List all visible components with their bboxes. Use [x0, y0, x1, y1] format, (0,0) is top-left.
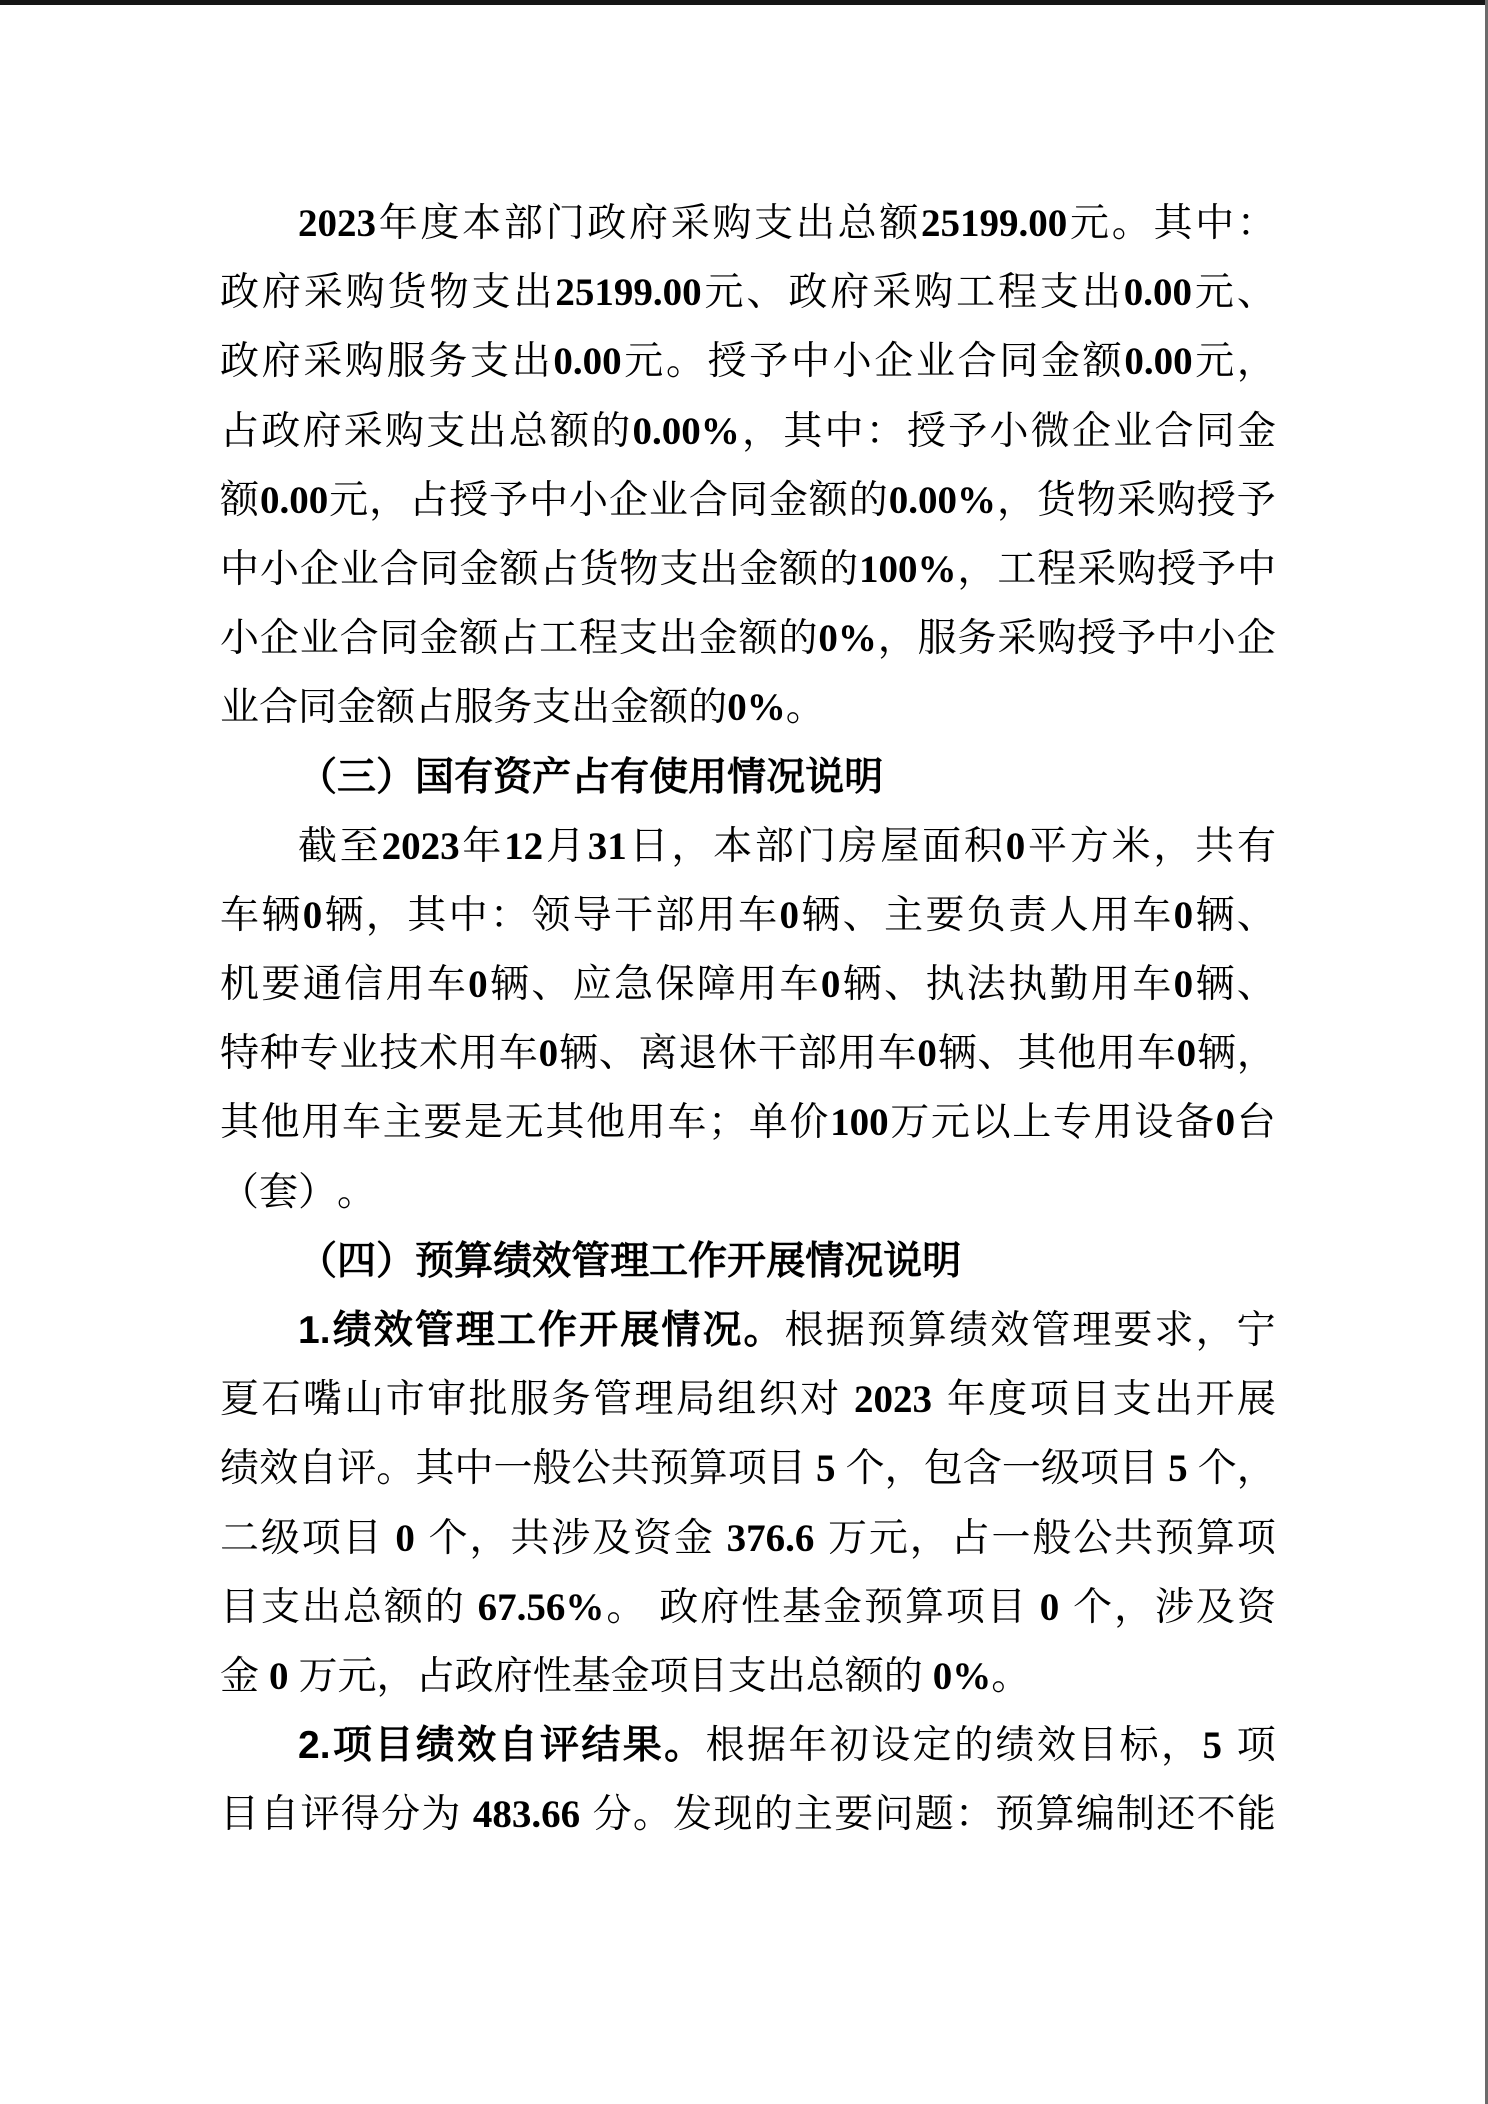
- cjk-token: 标: [1120, 1711, 1159, 1780]
- cjk-token: 应: [573, 950, 612, 1019]
- cjk-token: 项: [302, 1504, 341, 1573]
- cjk-token: 授: [1077, 604, 1116, 673]
- cjk-token: 购: [345, 327, 384, 396]
- cjk-token: 用: [1091, 881, 1130, 950]
- cjk-token: 算: [454, 1227, 493, 1296]
- cjk-token: 金: [460, 535, 499, 604]
- cjk-token: 万: [890, 1088, 929, 1157]
- cjk-token: 套: [259, 1158, 298, 1227]
- cjk-token: 明: [922, 1227, 961, 1296]
- cjk-token: 中: [1195, 189, 1234, 258]
- cjk-token: 上: [1012, 1088, 1051, 1157]
- cjk-token: 月: [546, 812, 585, 881]
- cjk-token: 购: [712, 189, 751, 258]
- cjk-token: 求: [1154, 1296, 1193, 1365]
- cjk-token: 业: [1113, 397, 1152, 466]
- cjk-token: 果: [623, 1711, 662, 1780]
- cjk-token: 分: [381, 1780, 420, 1849]
- cjk-token: 额: [779, 535, 818, 604]
- cjk-token: 总: [838, 189, 877, 258]
- number-token: 12: [504, 812, 543, 881]
- cjk-token: 项: [650, 1642, 689, 1711]
- cjk-token: 部: [798, 1019, 837, 1088]
- cjk-token: 通: [303, 950, 342, 1019]
- cjk-token: 政: [261, 397, 300, 466]
- cjk-token: ，: [377, 1642, 416, 1711]
- cjk-token: 情: [727, 743, 766, 812]
- cjk-token: 题: [915, 1780, 954, 1849]
- cjk-token: 。: [664, 1711, 703, 1780]
- cjk-token: ；: [708, 1088, 747, 1157]
- cjk-token: 部: [655, 881, 694, 950]
- number-token: 0: [1177, 1019, 1197, 1088]
- cjk-token: 金: [337, 673, 376, 742]
- cjk-token: 额: [809, 466, 848, 535]
- cjk-token: 、: [746, 258, 785, 327]
- cjk-token: 日: [630, 812, 669, 881]
- heading-state-assets: （三）国有资产占有使用情况说明: [220, 743, 1276, 812]
- number-token: 0.00: [553, 327, 621, 396]
- cjk-token: 算: [1036, 1780, 1075, 1849]
- cjk-token: 目: [343, 1504, 382, 1573]
- cjk-token: 中: [791, 327, 830, 396]
- cjk-token: 同: [729, 466, 768, 535]
- number-token: 0: [780, 881, 800, 950]
- cjk-token: 出: [512, 327, 551, 396]
- cjk-token: 、: [599, 1019, 638, 1088]
- number-token: 0.00: [1124, 327, 1192, 396]
- cjk-token: 业: [649, 466, 688, 535]
- cjk-token: ，: [878, 604, 917, 673]
- cjk-token: 法: [967, 950, 1006, 1019]
- cjk-token: 金: [611, 1642, 650, 1711]
- cjk-token: 采: [344, 397, 383, 466]
- number-token: 0: [1174, 950, 1194, 1019]
- cjk-token: 领: [531, 881, 570, 950]
- cjk-token: 一: [992, 1504, 1031, 1573]
- cjk-token: 门: [546, 189, 585, 258]
- number-token: 0%: [818, 604, 877, 673]
- cjk-token: ，: [1237, 1434, 1276, 1503]
- cjk-token: 项: [946, 1573, 985, 1642]
- cjk-token: 辆: [325, 881, 364, 950]
- cjk-token: 理: [610, 1227, 649, 1296]
- cjk-token: 货: [579, 535, 618, 604]
- cjk-token: 支: [728, 1642, 767, 1711]
- cjk-token: 、: [1237, 950, 1276, 1019]
- cjk-token: 支: [659, 535, 698, 604]
- cjk-token: 金: [610, 673, 649, 742]
- cjk-token: 况: [702, 1296, 741, 1365]
- cjk-token: 总: [806, 1642, 845, 1711]
- document-body: 2023年度本部门政府采购支出总额25199.00元。其中：政府采购货物支出25…: [220, 189, 1276, 1850]
- cjk-token: 要: [925, 881, 964, 950]
- cjk-token: 性: [533, 1642, 572, 1711]
- cjk-token: 年: [947, 1365, 986, 1434]
- cjk-token: 定: [913, 1711, 952, 1780]
- cjk-token: 企: [609, 466, 648, 535]
- cjk-token: 他: [586, 1088, 625, 1157]
- cjk-token: 元: [1070, 189, 1109, 258]
- cjk-token: 要: [261, 950, 300, 1019]
- cjk-token: 的: [778, 604, 817, 673]
- cjk-token: 结: [581, 1711, 620, 1780]
- cjk-token: 同: [298, 673, 337, 742]
- cjk-token: 出: [659, 604, 698, 673]
- cjk-token: 总: [509, 397, 548, 466]
- cjk-token: 出: [1154, 1365, 1193, 1434]
- cjk-token: ：: [955, 1780, 994, 1849]
- cjk-token: 程: [579, 604, 618, 673]
- cjk-token: 目: [767, 1434, 806, 1503]
- cjk-token: 合: [689, 466, 728, 535]
- cjk-token: 目: [987, 1573, 1026, 1642]
- number-token: 100: [830, 1088, 889, 1157]
- cjk-token: 金: [674, 1504, 713, 1573]
- cjk-token: 额: [845, 1642, 884, 1711]
- cjk-token: 个: [846, 1434, 885, 1503]
- cjk-token: 绩: [416, 1711, 455, 1780]
- cjk-token: 服: [387, 327, 426, 396]
- cjk-token: 用: [1094, 1088, 1133, 1157]
- cjk-token: 情: [661, 1296, 700, 1365]
- cjk-token: 目: [1119, 1434, 1158, 1503]
- cjk-token: 用: [1097, 1019, 1136, 1088]
- cjk-token: 中: [824, 397, 863, 466]
- cjk-token: 说: [805, 743, 844, 812]
- cjk-token: 企: [1072, 397, 1111, 466]
- cjk-token: 年: [379, 189, 418, 258]
- cjk-token: 开: [579, 1296, 618, 1365]
- cjk-token: 绩: [949, 1296, 988, 1365]
- cjk-token: 采: [1077, 535, 1116, 604]
- cjk-token: 执: [925, 950, 964, 1019]
- cjk-token: 设: [1134, 1088, 1173, 1157]
- number-token: 25199.00: [921, 189, 1067, 258]
- cjk-token: ）: [298, 1158, 337, 1227]
- cjk-token: 无: [505, 1088, 544, 1157]
- cjk-token: 占: [415, 673, 454, 742]
- cjk-token: 予: [489, 466, 528, 535]
- cjk-token: 同: [999, 327, 1038, 396]
- cjk-token: 购: [1157, 466, 1196, 535]
- cjk-token: 中: [1157, 604, 1196, 673]
- cjk-token: 急: [614, 950, 653, 1019]
- cjk-token: 管: [571, 1227, 610, 1296]
- cjk-token: 辆: [261, 881, 300, 950]
- cjk-token: 截: [298, 812, 337, 881]
- cjk-token: 总: [343, 1573, 382, 1642]
- cjk-token: 金: [699, 604, 738, 673]
- cjk-token: 评: [301, 1780, 340, 1849]
- number-token: 0: [468, 950, 488, 1019]
- cjk-token: 用: [1091, 950, 1130, 1019]
- cjk-token: 绩: [493, 1227, 532, 1296]
- cjk-token: 能: [1237, 1780, 1276, 1849]
- cjk-token: 效: [990, 1296, 1029, 1365]
- cjk-token: 府: [262, 258, 301, 327]
- cjk-token: 府: [629, 189, 668, 258]
- cjk-token: 金: [823, 1573, 862, 1642]
- cjk-token: 信: [344, 950, 383, 1019]
- cjk-token: 般: [1032, 1504, 1071, 1573]
- number-token: 0: [395, 1504, 415, 1573]
- cjk-token: 展: [766, 1227, 805, 1296]
- cjk-token: 不: [1197, 1780, 1236, 1849]
- cjk-token: 石: [261, 1365, 300, 1434]
- cjk-token: 展: [1237, 1365, 1276, 1434]
- cjk-token: 同: [1196, 397, 1235, 466]
- cjk-token: 算: [1196, 1504, 1235, 1573]
- cjk-token: 合: [1154, 397, 1193, 466]
- cjk-token: 。: [606, 1573, 645, 1642]
- cjk-token: 务: [428, 327, 467, 396]
- cjk-token: 出: [699, 535, 738, 604]
- cjk-token: 元: [338, 1642, 377, 1711]
- cjk-token: 采: [1117, 466, 1156, 535]
- cjk-token: 小: [220, 604, 259, 673]
- cjk-token: 机: [220, 950, 259, 1019]
- cjk-token: 目: [689, 1642, 728, 1711]
- cjk-token: 审: [427, 1365, 466, 1434]
- cjk-token: 项: [1237, 1504, 1276, 1573]
- number-token: 2023: [298, 189, 376, 258]
- cjk-token: 评: [540, 1711, 579, 1780]
- cjk-token: ，: [671, 812, 710, 881]
- number-token: 0.00%: [889, 466, 996, 535]
- cjk-token: 予: [749, 327, 788, 396]
- cjk-token: 额: [649, 673, 688, 742]
- cjk-token: （: [298, 1227, 337, 1296]
- cjk-token: 至: [340, 812, 379, 881]
- cjk-token: 金: [1237, 397, 1276, 466]
- cjk-token: 效: [532, 1227, 571, 1296]
- cjk-token: 共: [611, 1434, 650, 1503]
- cjk-token: 元: [329, 466, 368, 535]
- number-token: 100%: [859, 535, 957, 604]
- cjk-token: ，: [1237, 327, 1276, 396]
- cjk-token: 工: [997, 535, 1036, 604]
- heading-performance: （四）预算绩效管理工作开展情况说明: [220, 1227, 1276, 1296]
- cjk-token: 开: [1195, 1365, 1234, 1434]
- cjk-token: 合: [259, 673, 298, 742]
- cjk-token: 工: [956, 258, 995, 327]
- cjk-token: 的: [754, 1780, 793, 1849]
- cjk-token: 额: [550, 397, 589, 466]
- cjk-token: 工: [649, 1227, 688, 1296]
- cjk-token: 府: [262, 327, 301, 396]
- cjk-token: 方: [1070, 812, 1109, 881]
- cjk-token: 。: [744, 1296, 783, 1365]
- cjk-token: 的: [849, 466, 888, 535]
- cjk-token: 部: [755, 812, 794, 881]
- cjk-token: 况: [766, 743, 805, 812]
- cjk-token: 授: [449, 466, 488, 535]
- cjk-token: 辆: [1195, 950, 1234, 1019]
- cjk-token: 价: [789, 1088, 828, 1157]
- cjk-token: 的: [884, 1642, 923, 1711]
- cjk-token: 项: [1030, 1365, 1069, 1434]
- cjk-token: 面: [922, 812, 961, 881]
- cjk-token: 退: [678, 1019, 717, 1088]
- cjk-token: 出: [1082, 258, 1121, 327]
- cjk-token: 用: [385, 950, 424, 1019]
- para-procurement: 2023年度本部门政府采购支出总额25199.00元。其中：政府采购货物支出25…: [220, 189, 1276, 743]
- page: 2023年度本部门政府采购支出总额25199.00元。其中：政府采购货物支出25…: [0, 0, 1488, 2104]
- cjk-token: 分: [593, 1780, 632, 1849]
- number-token: 0%: [933, 1642, 992, 1711]
- cjk-token: 车: [878, 1019, 917, 1088]
- cjk-token: 金: [419, 604, 458, 673]
- cjk-token: 资: [1237, 1573, 1276, 1642]
- cjk-token: 用: [301, 1088, 340, 1157]
- cjk-token: （: [220, 1158, 259, 1227]
- cjk-token: 支: [619, 604, 658, 673]
- cjk-token: ：: [490, 881, 529, 950]
- cjk-token: 预: [650, 1434, 689, 1503]
- cjk-token: 评: [337, 1434, 376, 1503]
- cjk-token: 共: [1114, 1504, 1153, 1573]
- cjk-token: ：: [1237, 189, 1276, 258]
- cjk-token: 根: [785, 1296, 824, 1365]
- cjk-token: 府: [303, 397, 342, 466]
- cjk-token: 府: [830, 258, 869, 327]
- cjk-token: 采: [303, 327, 342, 396]
- cjk-token: 元: [931, 1088, 970, 1157]
- cjk-token: 共: [510, 1504, 549, 1573]
- cjk-token: 专: [1053, 1088, 1092, 1157]
- cjk-token: 作: [538, 1296, 577, 1365]
- cjk-token: 备: [1175, 1088, 1214, 1157]
- cjk-token: 台: [1237, 1088, 1276, 1157]
- text-line: （三）国有资产占有使用情况说明: [220, 743, 1276, 812]
- text-line: 金0万元，占政府性基金项目支出总额的0%。: [220, 1642, 1276, 1711]
- cjk-token: 其: [545, 1088, 584, 1157]
- cjk-token: 车: [667, 1088, 706, 1157]
- cjk-token: 政: [220, 327, 259, 396]
- cjk-token: 其: [415, 1434, 454, 1503]
- number-token: 0.00: [260, 466, 328, 535]
- cjk-token: 货: [1037, 466, 1076, 535]
- cjk-token: 支: [754, 189, 793, 258]
- cjk-token: 购: [914, 258, 953, 327]
- cjk-token: 元: [1195, 258, 1234, 327]
- text-line: 机要通信用车0辆、应急保障用车0辆、执法执勤用车0辆、: [220, 950, 1276, 1019]
- cjk-token: 管: [415, 1296, 454, 1365]
- cjk-token: 自: [298, 1434, 337, 1503]
- cjk-token: 度: [420, 189, 459, 258]
- cjk-token: 情: [805, 1227, 844, 1296]
- cjk-token: 车: [427, 950, 466, 1019]
- cjk-token: 年: [788, 1711, 827, 1780]
- number-token: 376.6: [727, 1504, 815, 1573]
- cjk-token: 基: [782, 1573, 821, 1642]
- cjk-token: 支: [426, 397, 465, 466]
- cjk-token: ，: [957, 535, 996, 604]
- cjk-token: 人: [1050, 881, 1089, 950]
- cjk-token: 授: [907, 397, 946, 466]
- cjk-token: 政: [455, 1642, 494, 1711]
- cjk-token: 离: [639, 1019, 678, 1088]
- text-line: 2023年度本部门政府采购支出总额25199.00元。其中：: [220, 189, 1276, 258]
- cjk-token: 额: [376, 673, 415, 742]
- cjk-token: 的: [688, 673, 727, 742]
- number-token: 2023: [854, 1365, 932, 1434]
- cjk-token: 微: [1031, 397, 1070, 466]
- cjk-token: 车: [780, 950, 819, 1019]
- cjk-token: （: [298, 743, 337, 812]
- number-token: 0.00: [1124, 258, 1192, 327]
- cjk-token: 目: [1071, 1365, 1110, 1434]
- cjk-token: 项: [1237, 1711, 1276, 1780]
- cjk-token: 支: [532, 673, 571, 742]
- cjk-token: 技: [379, 1019, 418, 1088]
- cjk-token: 合: [380, 535, 419, 604]
- cjk-token: 嘴: [303, 1365, 342, 1434]
- cjk-token: 元: [624, 327, 663, 396]
- cjk-token: 术: [419, 1019, 458, 1088]
- cjk-token: 辆: [1195, 881, 1234, 950]
- cjk-token: 、: [884, 950, 923, 1019]
- cjk-token: 金: [220, 1642, 259, 1711]
- cjk-token: 算: [905, 1573, 944, 1642]
- cjk-token: 主: [884, 881, 923, 950]
- text-line: 其他用车主要是无其他用车；单价100万元以上专用设备0台: [220, 1088, 1276, 1157]
- cjk-token: 预: [415, 1227, 454, 1296]
- number-token: 0.00%: [633, 397, 740, 466]
- cjk-token: 性: [741, 1573, 780, 1642]
- cjk-token: 局: [676, 1365, 715, 1434]
- cjk-token: 用: [459, 1019, 498, 1088]
- cjk-token: 据: [747, 1711, 786, 1780]
- cjk-token: 编: [1076, 1780, 1115, 1849]
- cjk-token: 予: [948, 397, 987, 466]
- cjk-token: 采: [997, 604, 1036, 673]
- number-token: 5: [816, 1434, 836, 1503]
- para-self-evaluation: 2.项目绩效自评结果。根据年初设定的绩效目标，5项目自评得分为483.66分。发…: [220, 1711, 1276, 1849]
- cjk-token: 个: [429, 1504, 468, 1573]
- cjk-token: 小: [260, 535, 299, 604]
- cjk-token: 支: [472, 258, 511, 327]
- cjk-token: 额: [459, 604, 498, 673]
- cjk-token: 及: [1196, 1573, 1235, 1642]
- cjk-token: 物: [1077, 466, 1116, 535]
- cjk-token: 工: [539, 604, 578, 673]
- cjk-token: 府: [494, 1642, 533, 1711]
- cjk-token: ，: [366, 881, 405, 950]
- cjk-token: 作: [688, 1227, 727, 1296]
- para-state-assets: 截至2023年12月31日，本部门房屋面积0平方米，共有车辆0辆，其中：领导干部…: [220, 812, 1276, 1227]
- cjk-token: 责: [1008, 881, 1047, 950]
- cjk-token: 其: [1153, 189, 1192, 258]
- cjk-token: 货: [388, 258, 427, 327]
- cjk-token: 问: [874, 1780, 913, 1849]
- cjk-token: 目: [220, 1573, 259, 1642]
- cjk-token: 明: [844, 743, 883, 812]
- cjk-token: 中: [220, 535, 259, 604]
- cjk-token: 车: [1137, 1019, 1176, 1088]
- number-token: 0: [917, 1019, 937, 1088]
- cjk-token: 企: [1237, 604, 1276, 673]
- cjk-token: ，: [1237, 1019, 1276, 1088]
- cjk-token: 预: [1155, 1504, 1194, 1573]
- cjk-token: 元: [869, 1504, 908, 1573]
- cjk-token: 、: [978, 1019, 1017, 1088]
- text-line: （套）。: [220, 1158, 1276, 1227]
- cjk-token: 批: [469, 1365, 508, 1434]
- cjk-token: ，: [369, 466, 408, 535]
- cjk-token: 包: [924, 1434, 963, 1503]
